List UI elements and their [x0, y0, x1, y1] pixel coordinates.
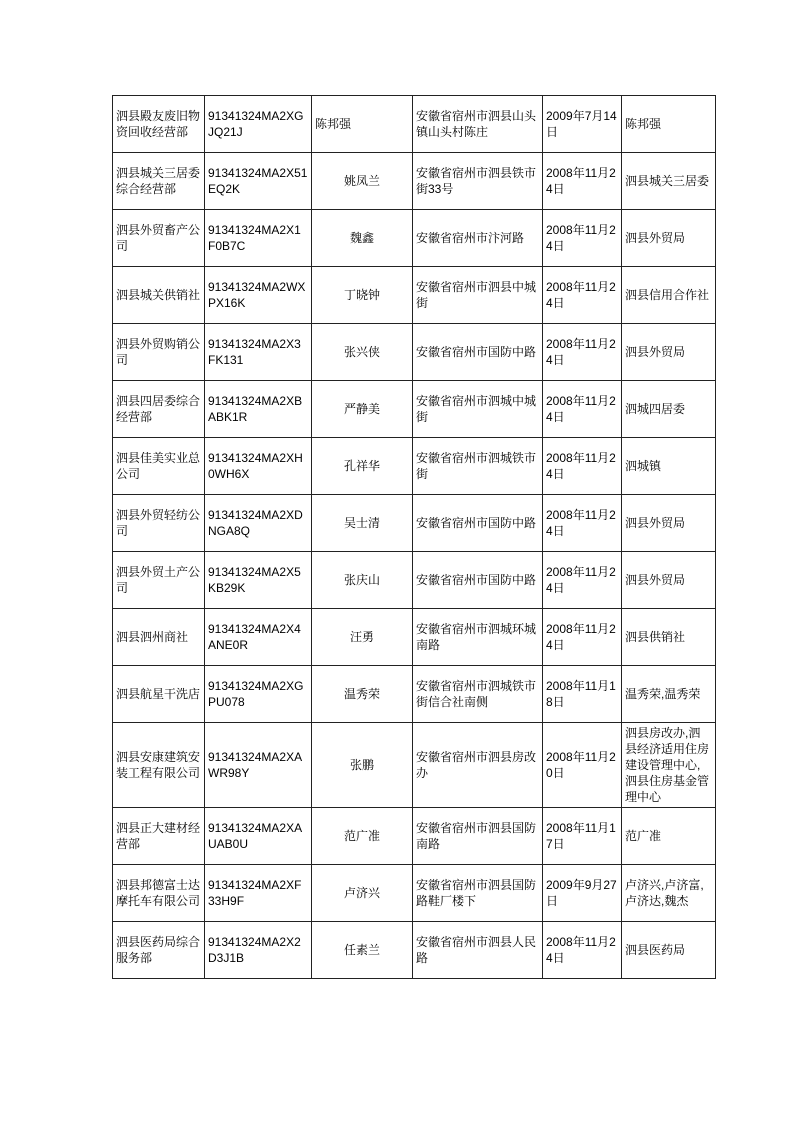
- cell-credit-code: 91341324MA2XH0WH6X: [205, 438, 312, 495]
- cell-company-name: 泗县正大建材经营部: [113, 808, 205, 865]
- cell-reg-date: 2008年11月24日: [543, 381, 622, 438]
- cell-reg-date: 2008年11月24日: [543, 438, 622, 495]
- cell-credit-code: 91341324MA2XAUAB0U: [205, 808, 312, 865]
- cell-credit-code: 91341324MA2XAWR98Y: [205, 723, 312, 808]
- cell-address: 安徽省宿州市国防中路: [413, 324, 543, 381]
- cell-company-name: 泗县航星干洗店: [113, 666, 205, 723]
- cell-legal-person: 温秀荣: [312, 666, 413, 723]
- cell-credit-code: 91341324MA2XGPU078: [205, 666, 312, 723]
- cell-company-name: 泗县四居委综合经营部: [113, 381, 205, 438]
- cell-credit-code: 91341324MA2X3FK131: [205, 324, 312, 381]
- cell-address: 安徽省宿州市泗县国防路鞋厂楼下: [413, 865, 543, 922]
- cell-address: 安徽省宿州市泗县人民路: [413, 922, 543, 979]
- document-page: 泗县殿友废旧物资回收经营部 91341324MA2XGJQ21J 陈邦强 安徽省…: [0, 0, 793, 1122]
- cell-company-name: 泗县佳美实业总公司: [113, 438, 205, 495]
- cell-address: 安徽省宿州市泗县铁市街33号: [413, 153, 543, 210]
- cell-company-name: 泗县邦德富士达摩托车有限公司: [113, 865, 205, 922]
- table-row: 泗县泗州商社 91341324MA2X4ANE0R 汪勇 安徽省宿州市泗城环城南…: [113, 609, 716, 666]
- cell-related-names: 陈邦强: [622, 96, 716, 153]
- cell-related-names: 泗县外贸局: [622, 552, 716, 609]
- cell-company-name: 泗县殿友废旧物资回收经营部: [113, 96, 205, 153]
- cell-reg-date: 2008年11月24日: [543, 153, 622, 210]
- cell-credit-code: 91341324MA2X2D3J1B: [205, 922, 312, 979]
- table-row: 泗县航星干洗店 91341324MA2XGPU078 温秀荣 安徽省宿州市泗城铁…: [113, 666, 716, 723]
- cell-company-name: 泗县医药局综合服务部: [113, 922, 205, 979]
- cell-company-name: 泗县城关供销社: [113, 267, 205, 324]
- table-row: 泗县佳美实业总公司 91341324MA2XH0WH6X 孔祥华 安徽省宿州市泗…: [113, 438, 716, 495]
- registry-table-body: 泗县殿友废旧物资回收经营部 91341324MA2XGJQ21J 陈邦强 安徽省…: [113, 96, 716, 979]
- cell-legal-person: 孔祥华: [312, 438, 413, 495]
- cell-related-names: 泗县供销社: [622, 609, 716, 666]
- cell-legal-person: 张兴侠: [312, 324, 413, 381]
- cell-address: 安徽省宿州市泗城铁市街信合社南侧: [413, 666, 543, 723]
- cell-company-name: 泗县外贸轻纺公司: [113, 495, 205, 552]
- cell-reg-date: 2009年9月27日: [543, 865, 622, 922]
- table-row: 泗县外贸畜产公司 91341324MA2X1F0B7C 魏鑫 安徽省宿州市汴河路…: [113, 210, 716, 267]
- cell-company-name: 泗县外贸畜产公司: [113, 210, 205, 267]
- cell-reg-date: 2008年11月24日: [543, 495, 622, 552]
- cell-legal-person: 卢济兴: [312, 865, 413, 922]
- cell-address: 安徽省宿州市泗县国防南路: [413, 808, 543, 865]
- registry-table: 泗县殿友废旧物资回收经营部 91341324MA2XGJQ21J 陈邦强 安徽省…: [112, 95, 716, 979]
- cell-reg-date: 2009年7月14日: [543, 96, 622, 153]
- cell-legal-person: 范广准: [312, 808, 413, 865]
- cell-credit-code: 91341324MA2X4ANE0R: [205, 609, 312, 666]
- cell-address: 安徽省宿州市泗城环城南路: [413, 609, 543, 666]
- cell-reg-date: 2008年11月20日: [543, 723, 622, 808]
- table-row: 泗县外贸土产公司 91341324MA2X5KB29K 张庆山 安徽省宿州市国防…: [113, 552, 716, 609]
- cell-related-names: 温秀荣,温秀荣: [622, 666, 716, 723]
- cell-address: 安徽省宿州市泗城铁市街: [413, 438, 543, 495]
- cell-address: 安徽省宿州市汴河路: [413, 210, 543, 267]
- cell-related-names: 卢济兴,卢济富,卢济达,魏杰: [622, 865, 716, 922]
- cell-company-name: 泗县外贸土产公司: [113, 552, 205, 609]
- cell-reg-date: 2008年11月24日: [543, 552, 622, 609]
- cell-reg-date: 2008年11月18日: [543, 666, 622, 723]
- table-row: 泗县外贸轻纺公司 91341324MA2XDNGA8Q 吴士清 安徽省宿州市国防…: [113, 495, 716, 552]
- cell-address: 安徽省宿州市国防中路: [413, 552, 543, 609]
- table-row: 泗县邦德富士达摩托车有限公司 91341324MA2XF33H9F 卢济兴 安徽…: [113, 865, 716, 922]
- cell-related-names: 泗城四居委: [622, 381, 716, 438]
- table-row: 泗县外贸购销公司 91341324MA2X3FK131 张兴侠 安徽省宿州市国防…: [113, 324, 716, 381]
- cell-company-name: 泗县外贸购销公司: [113, 324, 205, 381]
- cell-legal-person: 姚凤兰: [312, 153, 413, 210]
- cell-reg-date: 2008年11月24日: [543, 324, 622, 381]
- cell-address: 安徽省宿州市泗县中城街: [413, 267, 543, 324]
- table-row: 泗县医药局综合服务部 91341324MA2X2D3J1B 任素兰 安徽省宿州市…: [113, 922, 716, 979]
- cell-legal-person: 张鹏: [312, 723, 413, 808]
- cell-credit-code: 91341324MA2X51EQ2K: [205, 153, 312, 210]
- cell-legal-person: 张庆山: [312, 552, 413, 609]
- table-row: 泗县城关三居委综合经营部 91341324MA2X51EQ2K 姚凤兰 安徽省宿…: [113, 153, 716, 210]
- cell-credit-code: 91341324MA2XGJQ21J: [205, 96, 312, 153]
- cell-company-name: 泗县城关三居委综合经营部: [113, 153, 205, 210]
- cell-company-name: 泗县泗州商社: [113, 609, 205, 666]
- cell-related-names: 泗城镇: [622, 438, 716, 495]
- cell-reg-date: 2008年11月24日: [543, 267, 622, 324]
- cell-credit-code: 91341324MA2XBABK1R: [205, 381, 312, 438]
- cell-credit-code: 91341324MA2XDNGA8Q: [205, 495, 312, 552]
- cell-related-names: 泗县外贸局: [622, 324, 716, 381]
- cell-reg-date: 2008年11月24日: [543, 210, 622, 267]
- cell-related-names: 泗县医药局: [622, 922, 716, 979]
- table-row: 泗县正大建材经营部 91341324MA2XAUAB0U 范广准 安徽省宿州市泗…: [113, 808, 716, 865]
- cell-reg-date: 2008年11月24日: [543, 922, 622, 979]
- cell-related-names: 范广准: [622, 808, 716, 865]
- cell-legal-person: 任素兰: [312, 922, 413, 979]
- cell-legal-person: 陈邦强: [312, 96, 413, 153]
- cell-credit-code: 91341324MA2X5KB29K: [205, 552, 312, 609]
- cell-credit-code: 91341324MA2X1F0B7C: [205, 210, 312, 267]
- cell-credit-code: 91341324MA2WXPX16K: [205, 267, 312, 324]
- table-row: 泗县安康建筑安装工程有限公司 91341324MA2XAWR98Y 张鹏 安徽省…: [113, 723, 716, 808]
- cell-address: 安徽省宿州市泗县房改办: [413, 723, 543, 808]
- cell-legal-person: 严静美: [312, 381, 413, 438]
- cell-related-names: 泗县外贸局: [622, 210, 716, 267]
- cell-reg-date: 2008年11月17日: [543, 808, 622, 865]
- table-row: 泗县城关供销社 91341324MA2WXPX16K 丁晓钟 安徽省宿州市泗县中…: [113, 267, 716, 324]
- cell-related-names: 泗县信用合作社: [622, 267, 716, 324]
- cell-legal-person: 丁晓钟: [312, 267, 413, 324]
- cell-related-names: 泗县房改办,泗县经济适用住房建设管理中心,泗县住房基金管理中心: [622, 723, 716, 808]
- cell-related-names: 泗县外贸局: [622, 495, 716, 552]
- table-row: 泗县四居委综合经营部 91341324MA2XBABK1R 严静美 安徽省宿州市…: [113, 381, 716, 438]
- cell-legal-person: 魏鑫: [312, 210, 413, 267]
- cell-legal-person: 吴士清: [312, 495, 413, 552]
- table-row: 泗县殿友废旧物资回收经营部 91341324MA2XGJQ21J 陈邦强 安徽省…: [113, 96, 716, 153]
- cell-related-names: 泗县城关三居委: [622, 153, 716, 210]
- cell-reg-date: 2008年11月24日: [543, 609, 622, 666]
- cell-address: 安徽省宿州市泗城中城街: [413, 381, 543, 438]
- cell-address: 安徽省宿州市国防中路: [413, 495, 543, 552]
- cell-address: 安徽省宿州市泗县山头镇山头村陈庄: [413, 96, 543, 153]
- cell-legal-person: 汪勇: [312, 609, 413, 666]
- cell-company-name: 泗县安康建筑安装工程有限公司: [113, 723, 205, 808]
- cell-credit-code: 91341324MA2XF33H9F: [205, 865, 312, 922]
